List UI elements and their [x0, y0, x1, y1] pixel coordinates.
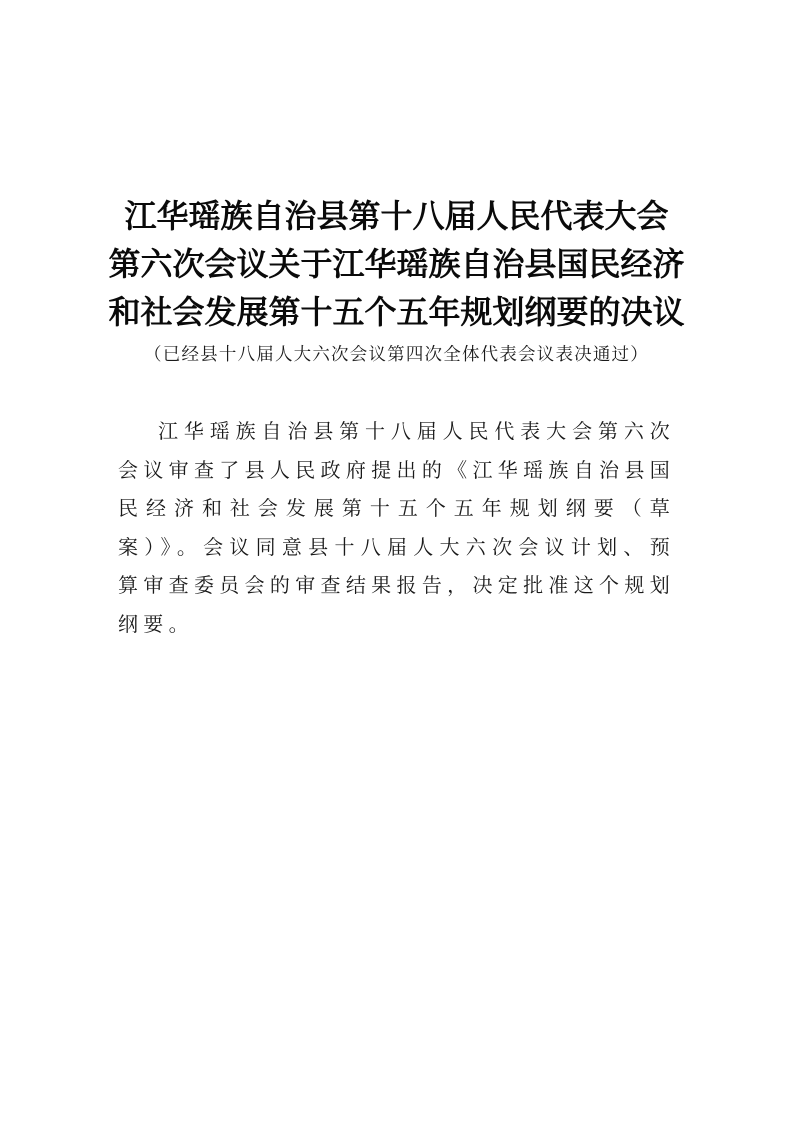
- resolution-paragraph: 江华瑶族自治县第十八届人民代表大会第六次会议审查了县人民政府提出的《江华瑶族自治…: [118, 412, 675, 643]
- title-line-2: 第六次会议关于江华瑶族自治县国民经济: [0, 241, 793, 287]
- title-line-3: 和社会发展第十五个五年规划纲要的决议: [0, 289, 793, 335]
- resolution-body: 江华瑶族自治县第十八届人民代表大会第六次会议审查了县人民政府提出的《江华瑶族自治…: [118, 412, 675, 643]
- document-page: 江华瑶族自治县第十八届人民代表大会 第六次会议关于江华瑶族自治县国民经济 和社会…: [0, 0, 793, 1122]
- title-line-1: 江华瑶族自治县第十八届人民代表大会: [0, 193, 793, 239]
- subtitle-adoption-note: （已经县十八届人大六次会议第四次全体代表会议表决通过）: [0, 340, 793, 370]
